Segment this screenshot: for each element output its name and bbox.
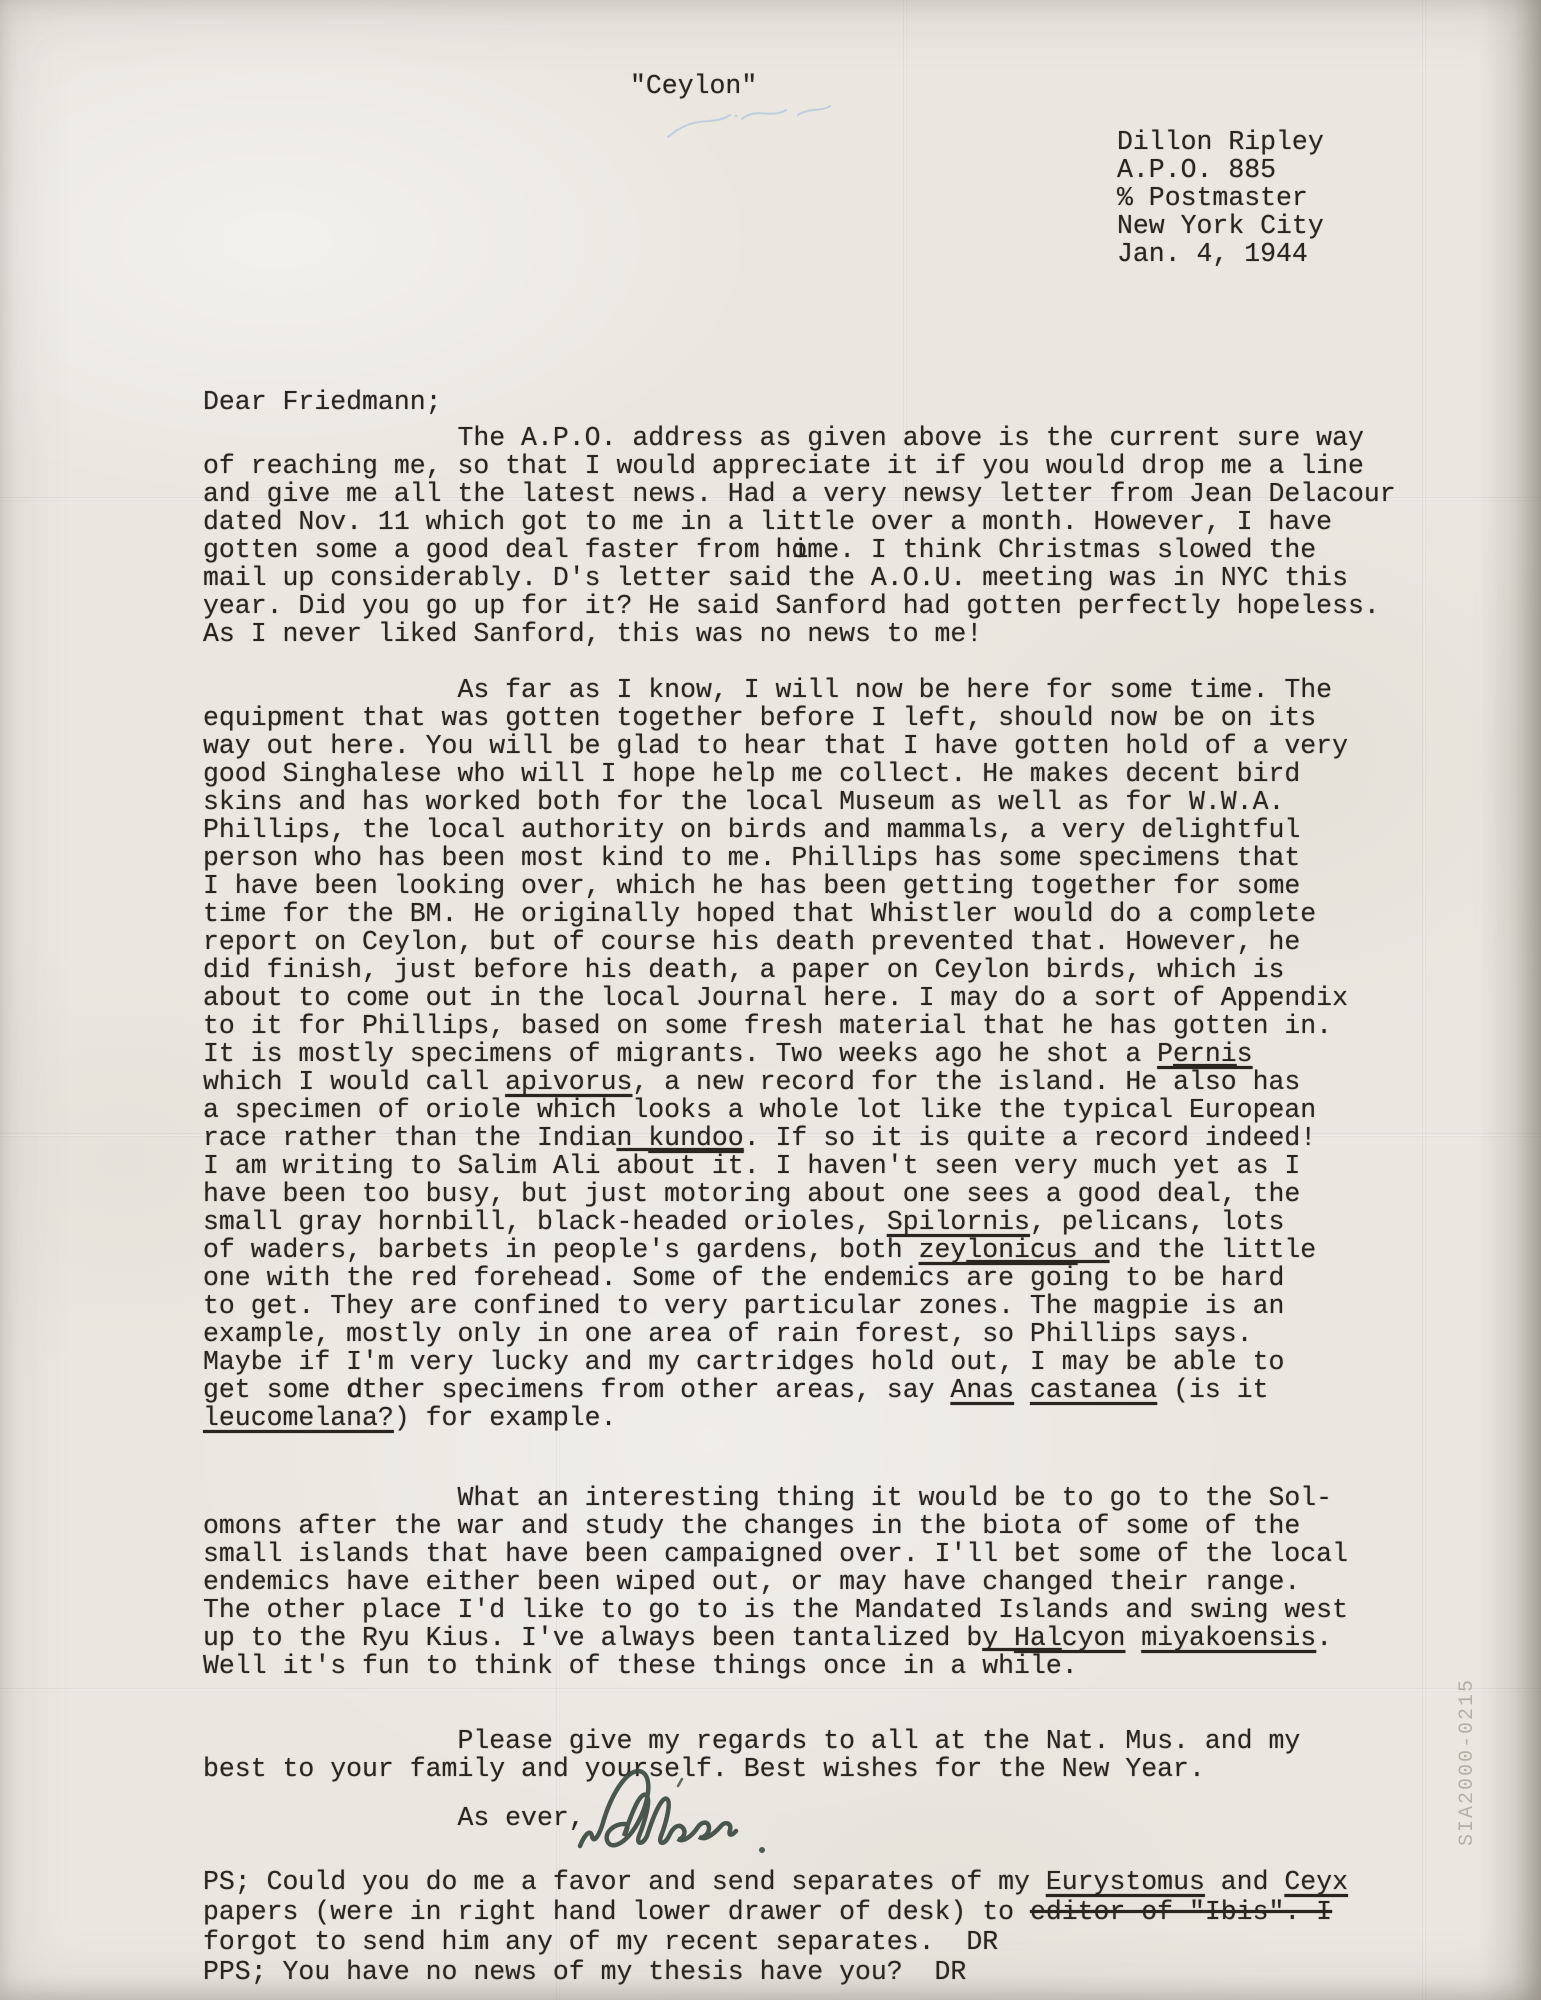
letter-line: PPS; You have no news of my thesis have …	[203, 1958, 1348, 1988]
letter-line: % Postmaster	[1117, 184, 1324, 212]
letter-line: I have been looking over, which he has b…	[203, 872, 1348, 900]
letter-line: Dillon Ripley	[1117, 128, 1324, 156]
page-title: "Ceylon"	[630, 72, 757, 100]
letter-line: one with the red forehead. Some of the e…	[203, 1264, 1348, 1292]
letter-line: The A.P.O. address as given above is the…	[203, 424, 1396, 452]
letter-line: good Singhalese who will I hope help me …	[203, 760, 1348, 788]
letter-line: forgot to send him any of my recent sepa…	[203, 1928, 1348, 1958]
letter-line: Maybe if I'm very lucky and my cartridge…	[203, 1348, 1348, 1376]
letter-line: did finish, just before his death, a pap…	[203, 956, 1348, 984]
salutation: Dear Friedmann;	[203, 388, 442, 416]
letter-line: get some odther specimens from other are…	[203, 1376, 1348, 1404]
letter-line: A.P.O. 885	[1117, 156, 1324, 184]
letter-page: "Ceylon" Dillon RipleyA.P.O. 885% Postma…	[0, 0, 1541, 2000]
fold-crease-horizontal	[0, 1688, 1541, 1692]
letter-line: and give me all the latest news. Had a v…	[203, 480, 1396, 508]
letter-line: way out here. You will be glad to hear t…	[203, 732, 1348, 760]
letter-line: a specimen of oriole which looks a whole…	[203, 1096, 1348, 1124]
letter-line: skins and has worked both for the local …	[203, 788, 1348, 816]
letter-line: Phillips, the local authority on birds a…	[203, 816, 1348, 844]
letter-line: PS; Could you do me a favor and send sep…	[203, 1868, 1348, 1898]
letter-line: of reaching me, so that I would apprecia…	[203, 452, 1396, 480]
letter-line: time for the BM. He originally hoped tha…	[203, 900, 1348, 928]
letter-line: have been too busy, but just motoring ab…	[203, 1180, 1348, 1208]
letter-line: small islands that have been campaigned …	[203, 1540, 1348, 1568]
scan-edge-shadow	[1481, 0, 1541, 2000]
letter-line: which I would call apivorus, a new recor…	[203, 1068, 1348, 1096]
letter-line: gotten some a good deal faster from hoim…	[203, 536, 1396, 564]
letter-line: about to come out in the local Journal h…	[203, 984, 1348, 1012]
letter-line: dated Nov. 11 which got to me in a littl…	[203, 508, 1396, 536]
fold-crease-vertical	[1422, 0, 1426, 2000]
letter-line: endemics have either been wiped out, or …	[203, 1568, 1348, 1596]
pencil-scribble	[660, 95, 860, 145]
letter-line: race rather than the Indian kundoo. If s…	[203, 1124, 1348, 1152]
letter-line: up to the Ryu Kius. I've always been tan…	[203, 1624, 1348, 1652]
letter-line: leucomelana?) for example.	[203, 1404, 1348, 1432]
closing-line: As ever,	[203, 1804, 585, 1832]
sender-address-block: Dillon RipleyA.P.O. 885% PostmasterNew Y…	[1117, 128, 1324, 268]
letter-line: I am writing to Salim Ali about it. I ha…	[203, 1152, 1348, 1180]
letter-line: report on Ceylon, but of course his deat…	[203, 928, 1348, 956]
archive-number-annotation: SIA2000-0215	[1456, 1678, 1479, 1846]
letter-line: As I never liked Sanford, this was no ne…	[203, 620, 1396, 648]
letter-line: equipment that was gotten together befor…	[203, 704, 1348, 732]
letter-line: Well it's fun to think of these things o…	[203, 1652, 1348, 1680]
letter-paragraph-2: As far as I know, I will now be here for…	[203, 676, 1348, 1432]
letter-line: example, mostly only in one area of rain…	[203, 1320, 1348, 1348]
letter-paragraph-3: What an interesting thing it would be to…	[203, 1484, 1348, 1680]
letter-line: person who has been most kind to me. Phi…	[203, 844, 1348, 872]
letter-line: to get. They are confined to very partic…	[203, 1292, 1348, 1320]
letter-line: What an interesting thing it would be to…	[203, 1484, 1348, 1512]
signature-ink	[566, 1764, 816, 1864]
letter-line: small gray hornbill, black-headed oriole…	[203, 1208, 1348, 1236]
letter-paragraph-1: The A.P.O. address as given above is the…	[203, 424, 1396, 648]
letter-line: Please give my regards to all at the Nat…	[203, 1727, 1300, 1755]
letter-line: omons after the war and study the change…	[203, 1512, 1348, 1540]
letter-line: of waders, barbets in people's gardens, …	[203, 1236, 1348, 1264]
postscript-block: PS; Could you do me a favor and send sep…	[203, 1868, 1348, 1988]
letter-line: The other place I'd like to go to is the…	[203, 1596, 1348, 1624]
letter-line: It is mostly specimens of migrants. Two …	[203, 1040, 1348, 1068]
letter-line: year. Did you go up for it? He said Sanf…	[203, 592, 1396, 620]
letter-line: mail up considerably. D's letter said th…	[203, 564, 1396, 592]
letter-line: Jan. 4, 1944	[1117, 240, 1324, 268]
letter-line: to it for Phillips, based on some fresh …	[203, 1012, 1348, 1040]
letter-line: New York City	[1117, 212, 1324, 240]
letter-line: papers (were in right hand lower drawer …	[203, 1898, 1348, 1928]
letter-line: As far as I know, I will now be here for…	[203, 676, 1348, 704]
